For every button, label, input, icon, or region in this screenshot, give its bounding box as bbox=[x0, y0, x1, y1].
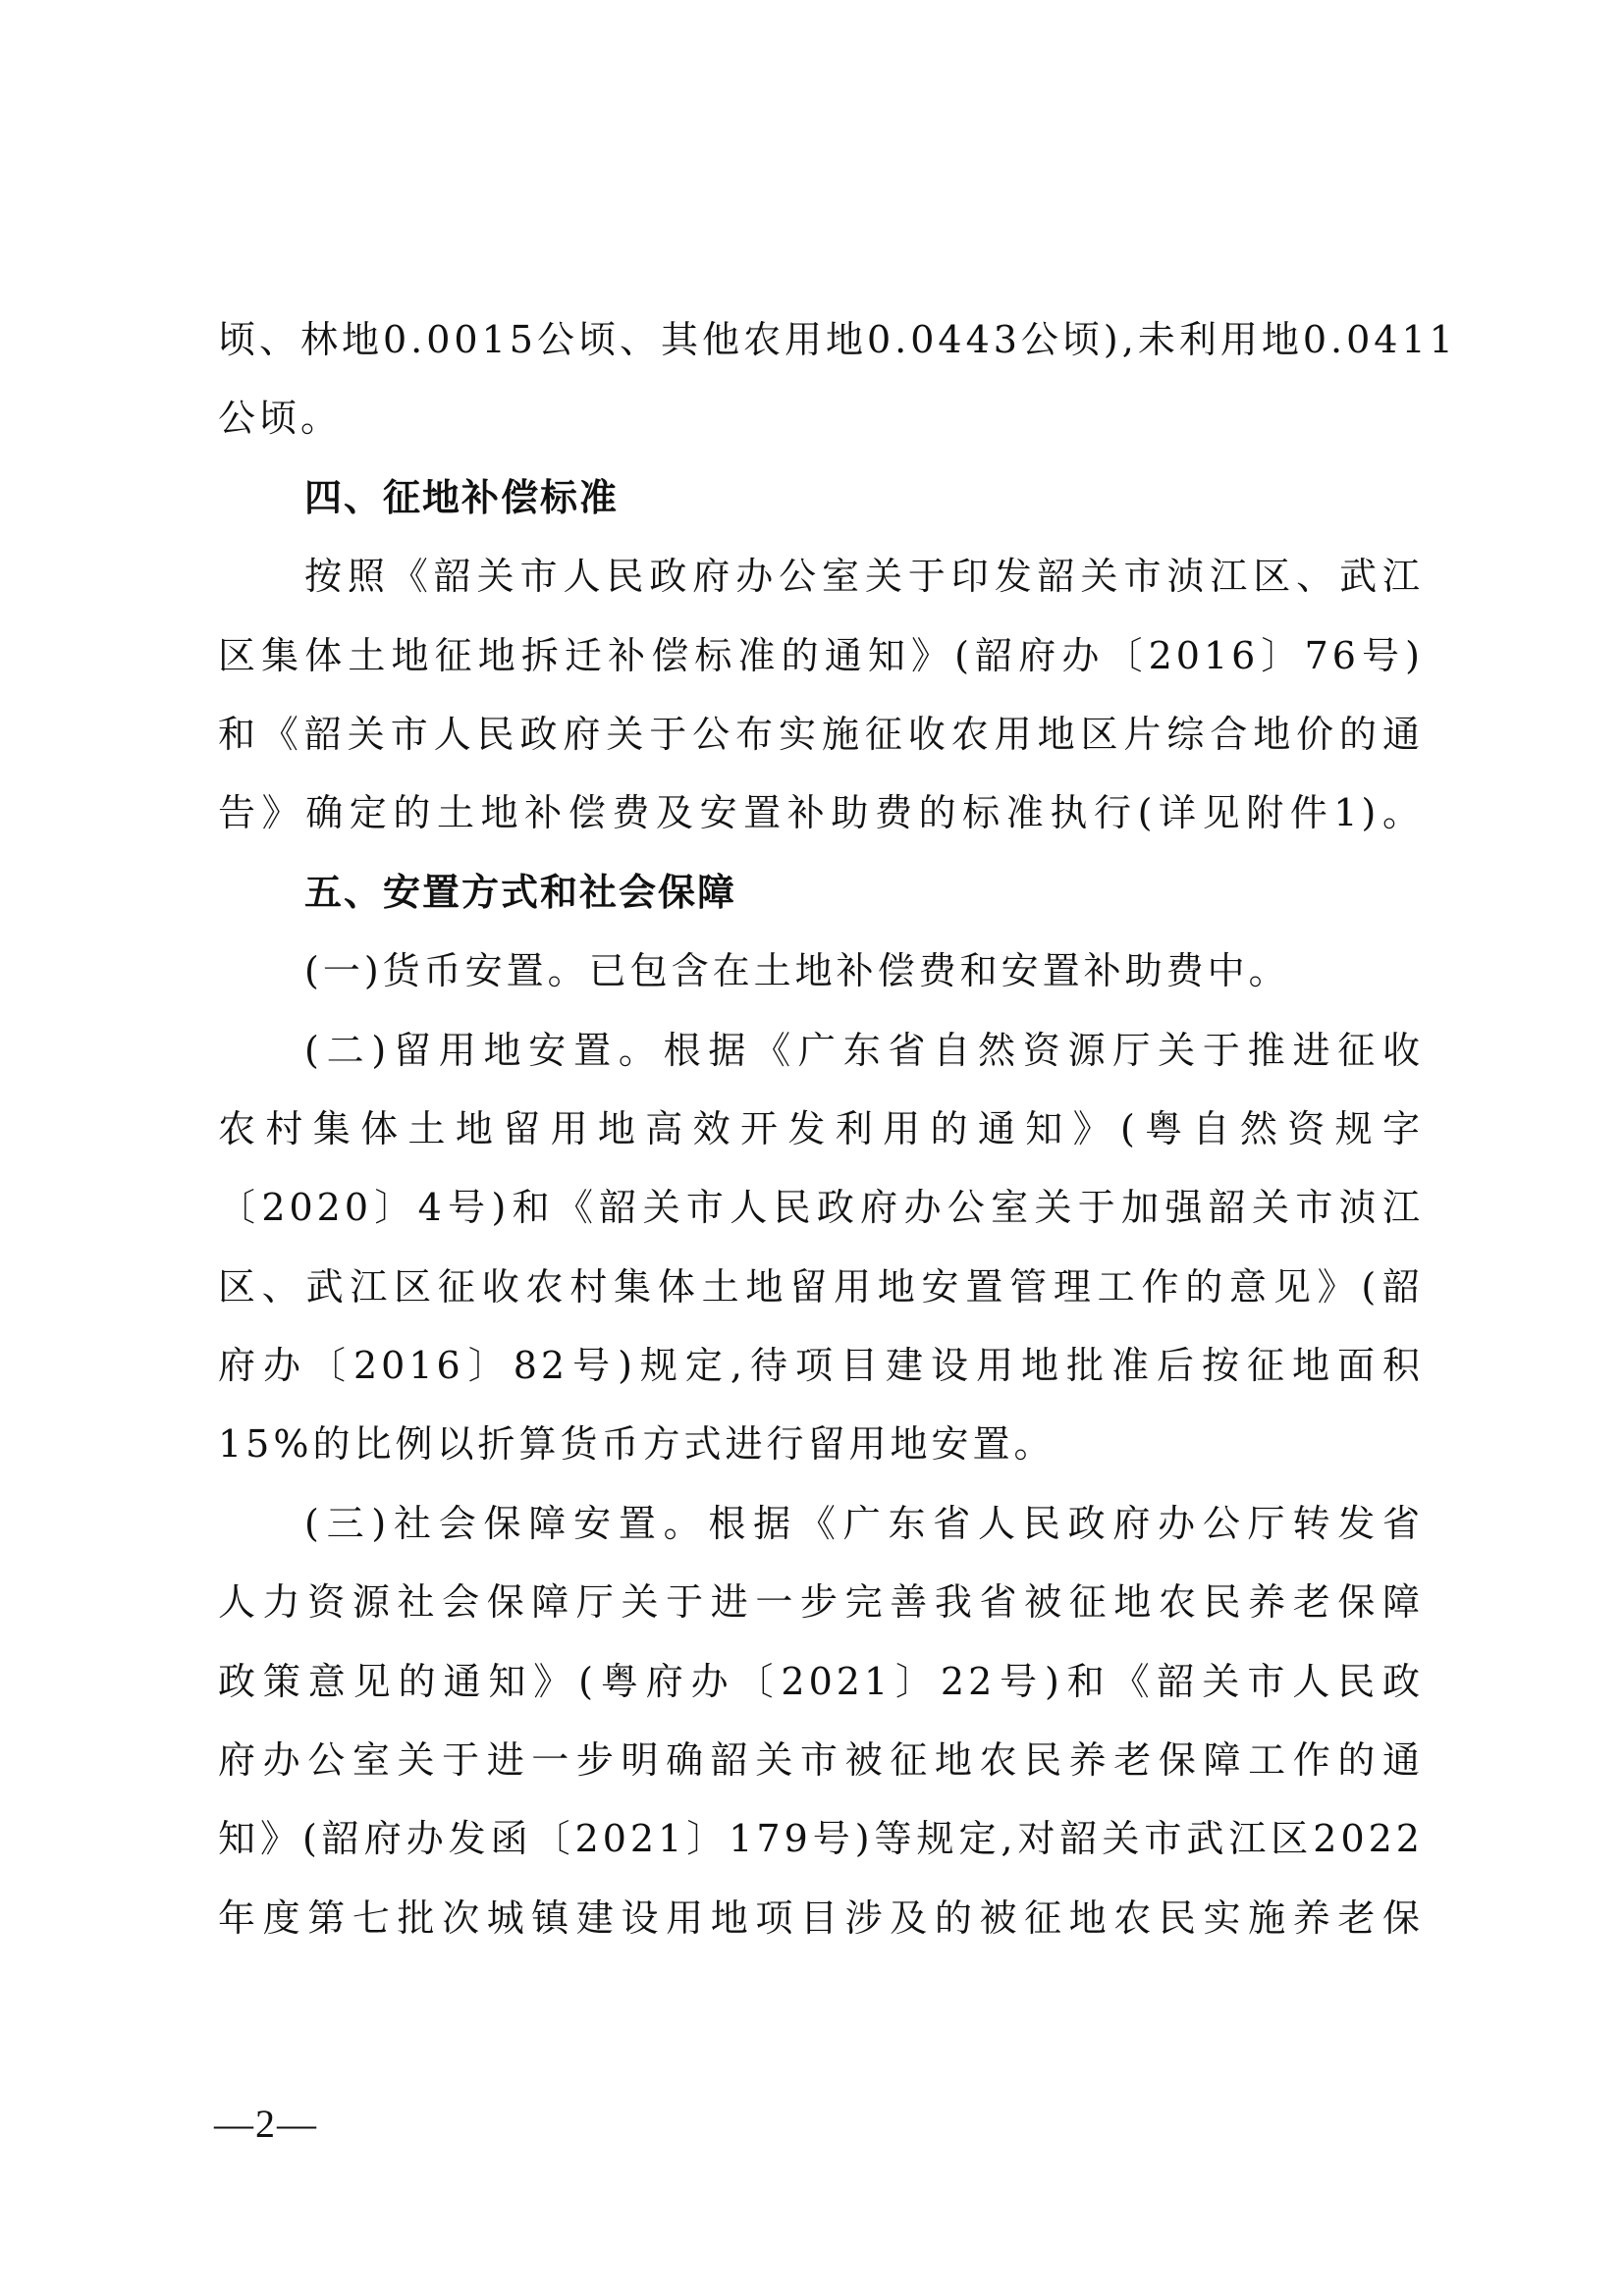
document-page: 顷、林地0.0015公顷、其他农用地0.0443公顷),未利用地0.0411 公… bbox=[0, 0, 1624, 2296]
paragraph-line: 区、武江区征收农村集体土地留用地安置管理工作的意见》(韶 bbox=[218, 1248, 1424, 1326]
page-number: —2— bbox=[214, 2101, 318, 2147]
paragraph-line: 公顷。 bbox=[218, 379, 1424, 457]
paragraph-line: 年度第七批次城镇建设用地项目涉及的被征地农民实施养老保 bbox=[218, 1879, 1424, 1957]
paragraph-line: 知》(韶府办发函〔2021〕179号)等规定,对韶关市武江区2022 bbox=[218, 1799, 1424, 1878]
paragraph-line: 15%的比例以折算货币方式进行留用地安置。 bbox=[218, 1405, 1424, 1483]
paragraph-line: 府办公室关于进一步明确韶关市被征地农民养老保障工作的通 bbox=[218, 1721, 1424, 1799]
paragraph-line: 按照《韶关市人民政府办公室关于印发韶关市浈江区、武江 bbox=[218, 537, 1424, 615]
paragraph-line: 政策意见的通知》(粤府办〔2021〕22号)和《韶关市人民政 bbox=[218, 1642, 1424, 1721]
paragraph-line: 人力资源社会保障厅关于进一步完善我省被征地农民养老保障 bbox=[218, 1563, 1424, 1641]
paragraph-line: (一)货币安置。已包含在土地补偿费和安置补助费中。 bbox=[218, 932, 1424, 1010]
paragraph-line: (三)社会保障安置。根据《广东省人民政府办公厅转发省 bbox=[218, 1484, 1424, 1563]
paragraph-line: 府办〔2016〕82号)规定,待项目建设用地批准后按征地面积 bbox=[218, 1326, 1424, 1405]
paragraph-line: 区集体土地征地拆迁补偿标准的通知》(韶府办〔2016〕76号) bbox=[218, 616, 1424, 695]
document-body: 顷、林地0.0015公顷、其他农用地0.0443公顷),未利用地0.0411 公… bbox=[218, 300, 1424, 1957]
paragraph-line: 和《韶关市人民政府关于公布实施征收农用地区片综合地价的通 bbox=[218, 695, 1424, 774]
paragraph-line: 〔2020〕4号)和《韶关市人民政府办公室关于加强韶关市浈江 bbox=[218, 1168, 1424, 1247]
section-heading-5: 五、安置方式和社会保障 bbox=[218, 853, 1424, 932]
paragraph-line: 告》确定的土地补偿费及安置补助费的标准执行(详见附件1)。 bbox=[218, 774, 1424, 852]
paragraph-line: 顷、林地0.0015公顷、其他农用地0.0443公顷),未利用地0.0411 bbox=[218, 300, 1424, 379]
section-heading-4: 四、征地补偿标准 bbox=[218, 458, 1424, 537]
paragraph-line: 农村集体土地留用地高效开发利用的通知》(粤自然资规字 bbox=[218, 1090, 1424, 1168]
paragraph-line: (二)留用地安置。根据《广东省自然资源厅关于推进征收 bbox=[218, 1011, 1424, 1090]
